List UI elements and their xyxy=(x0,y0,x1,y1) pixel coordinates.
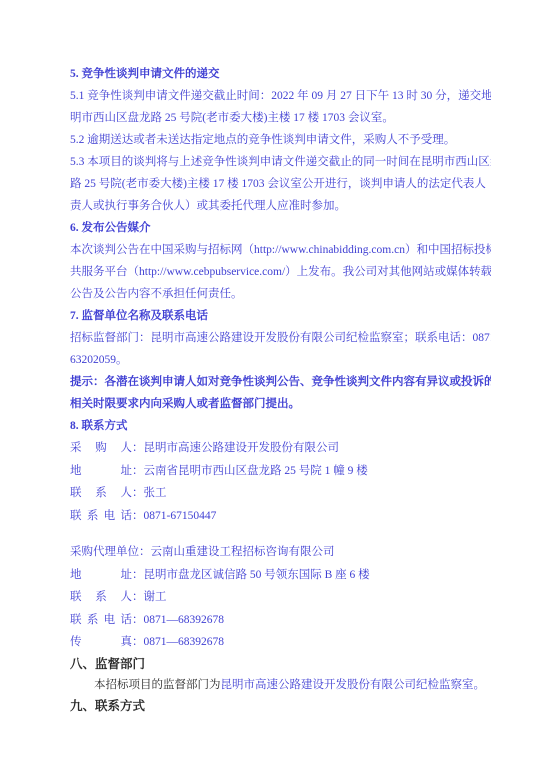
section-8cn-heading: 八、监督部门 xyxy=(70,654,491,675)
supervision-department-line: 本招标项目的监督部门为昆明市高速公路建设开发股份有限公司纪检监察室。 xyxy=(70,675,491,696)
agency-fax: 传真：0871—68392678 xyxy=(70,631,491,654)
agency-name: 采购代理单位：云南山重建设工程招标咨询有限公司 xyxy=(70,541,491,564)
document-page: 5. 竞争性谈判申请文件的递交5.1 竞争性谈判申请文件递交截止时间：2022 … xyxy=(0,0,553,782)
agency-contact-person: 联系人：谢工 xyxy=(70,586,491,609)
contact-colon: ： xyxy=(132,569,144,581)
paragraph-line: 招标监督部门：昆明市高速公路建设开发股份有限公司纪检监察室；联系电话：0871- xyxy=(70,327,491,349)
heading-text: 5. 竞争性谈判申请文件的递交 xyxy=(70,63,491,85)
announcement-media: 本次谈判公告在中国采购与招标网（http://www.chinabidding.… xyxy=(70,239,491,305)
contact-value: 谢工 xyxy=(144,591,167,603)
contact-colon: ： xyxy=(139,546,151,558)
section-8-heading: 8. 联系方式 xyxy=(70,415,491,437)
paragraph-line: 63202059。 xyxy=(70,349,491,371)
document-content: 5. 竞争性谈判申请文件的递交5.1 竞争性谈判申请文件递交截止时间：2022 … xyxy=(70,63,491,717)
purchaser-phone: 联系电话：0871-67150447 xyxy=(70,505,491,528)
contact-label: 地址 xyxy=(70,460,132,483)
paragraph-line: 公告及公告内容不承担任何责任。 xyxy=(70,283,491,305)
paragraph-line: 5.2 逾期送达或者未送达指定地点的竞争性谈判申请文件，采购人不予受理。 xyxy=(70,129,491,151)
contact-colon: ： xyxy=(132,510,144,522)
heading-text: 7. 监督单位名称及联系电话 xyxy=(70,305,491,327)
contact-value: 昆明市盘龙区诚信路 50 号领东国际 B 座 6 楼 xyxy=(144,569,370,581)
contact-value: 云南山重建设工程招标咨询有限公司 xyxy=(151,546,335,558)
contact-colon: ： xyxy=(132,487,144,499)
contact-label: 采购人 xyxy=(70,437,132,460)
paragraph-line: 明市西山区盘龙路 25 号院(老市委大楼)主楼 17 楼 1703 会议室。 xyxy=(70,107,491,129)
purchaser-contacts: 采购人：昆明市高速公路建设开发股份有限公司地址：云南省昆明市西山区盘龙路 25 … xyxy=(70,437,491,527)
section-6-heading: 6. 发布公告媒介 xyxy=(70,217,491,239)
paragraph-line: 5.1 竞争性谈判申请文件递交截止时间：2022 年 09 月 27 日下午 1… xyxy=(70,85,491,107)
paragraph-line: 本次谈判公告在中国采购与招标网（http://www.chinabidding.… xyxy=(70,239,491,261)
contact-value: 云南省昆明市西山区盘龙路 25 号院 1 幢 9 楼 xyxy=(144,465,368,477)
paragraph-line: 路 25 号院(老市委大楼)主楼 17 楼 1703 会议室公开进行，谈判申请人… xyxy=(70,173,491,195)
supervision-contact: 招标监督部门：昆明市高速公路建设开发股份有限公司纪检监察室；联系电话：0871-… xyxy=(70,327,491,371)
black-text-part: 本招标项目的监督部门为 xyxy=(94,679,221,691)
contact-label: 联系电话 xyxy=(70,505,132,528)
contact-value: 0871-67150447 xyxy=(144,510,217,522)
contact-colon: ： xyxy=(132,465,144,477)
blue-text-part: 昆明市高速公路建设开发股份有限公司纪检监察室。 xyxy=(221,679,486,691)
paragraph-line: 共服务平台（http://www.cebpubservice.com/）上发布。… xyxy=(70,261,491,283)
contact-label: 联系电话 xyxy=(70,609,132,632)
paragraph-line: 责人或执行事务合伙人）或其委托代理人应准时参加。 xyxy=(70,195,491,217)
contact-colon: ： xyxy=(132,636,144,648)
section-7-heading: 7. 监督单位名称及联系电话 xyxy=(70,305,491,327)
clause-5-2: 5.2 逾期送达或者未送达指定地点的竞争性谈判申请文件，采购人不予受理。 xyxy=(70,129,491,151)
contact-colon: ： xyxy=(132,614,144,626)
contact-label: 传真 xyxy=(70,631,132,654)
paragraph-line: 提示：各潜在谈判申请人如对竞争性谈判公告、竞争性谈判文件内容有异议或投诉的，应按 xyxy=(70,371,491,393)
contact-label: 联系人 xyxy=(70,586,132,609)
paragraph-line: 5.3 本项目的谈判将与上述竞争性谈判申请文件递交截止的同一时间在昆明市西山区盘… xyxy=(70,151,491,173)
contact-value: 0871—68392678 xyxy=(144,614,225,626)
agency-phone: 联系电话：0871—68392678 xyxy=(70,609,491,632)
contact-value: 昆明市高速公路建设开发股份有限公司 xyxy=(144,442,340,454)
contact-label: 采购代理单位 xyxy=(70,541,139,564)
contact-colon: ： xyxy=(132,442,144,454)
contact-value: 0871—68392678 xyxy=(144,636,225,648)
section-9cn-heading: 九、联系方式 xyxy=(70,696,491,717)
heading-text: 8. 联系方式 xyxy=(70,415,491,437)
paragraph-line: 相关时限要求内向采购人或者监督部门提出。 xyxy=(70,393,491,415)
heading-text: 6. 发布公告媒介 xyxy=(70,217,491,239)
purchaser-address: 地址：云南省昆明市西山区盘龙路 25 号院 1 幢 9 楼 xyxy=(70,460,491,483)
clause-5-3: 5.3 本项目的谈判将与上述竞争性谈判申请文件递交截止的同一时间在昆明市西山区盘… xyxy=(70,151,491,217)
agency-address: 地址：昆明市盘龙区诚信路 50 号领东国际 B 座 6 楼 xyxy=(70,564,491,587)
contact-value: 张工 xyxy=(144,487,167,499)
objection-notice: 提示：各潜在谈判申请人如对竞争性谈判公告、竞争性谈判文件内容有异议或投诉的，应按… xyxy=(70,371,491,415)
section-5-heading: 5. 竞争性谈判申请文件的递交 xyxy=(70,63,491,85)
contact-colon: ： xyxy=(132,591,144,603)
agency-contacts: 采购代理单位：云南山重建设工程招标咨询有限公司地址：昆明市盘龙区诚信路 50 号… xyxy=(70,541,491,654)
contact-label: 联系人 xyxy=(70,482,132,505)
purchaser-name: 采购人：昆明市高速公路建设开发股份有限公司 xyxy=(70,437,491,460)
contact-label: 地址 xyxy=(70,564,132,587)
purchaser-contact-person: 联系人：张工 xyxy=(70,482,491,505)
clause-5-1: 5.1 竞争性谈判申请文件递交截止时间：2022 年 09 月 27 日下午 1… xyxy=(70,85,491,129)
